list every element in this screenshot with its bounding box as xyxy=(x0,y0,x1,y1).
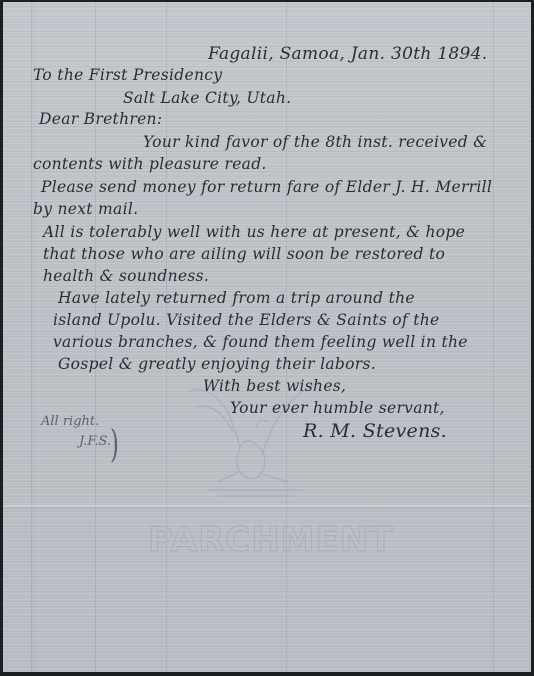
letter-dateline: Fagalii, Samoa, Jan. 30th 1894. xyxy=(208,44,487,64)
body-line: island Upolu. Visited the Elders & Saint… xyxy=(53,311,439,329)
pencil-annotation-initials: J.F.S. xyxy=(79,434,111,449)
paper-crease-line xyxy=(31,2,32,672)
addressee-line-1: To the First Presidency xyxy=(33,66,222,84)
body-line: by next mail. xyxy=(33,200,138,218)
closing-line-2: Your ever humble servant, xyxy=(230,399,445,417)
body-line: Please send money for return fare of Eld… xyxy=(41,178,492,196)
body-line: that those who are ailing will soon be r… xyxy=(43,245,445,263)
addressee-line-2: Salt Lake City, Utah. xyxy=(123,89,291,107)
body-line: health & soundness. xyxy=(43,267,209,285)
parchment-watermark: PARCHMENT xyxy=(148,520,393,560)
closing-line-1: With best wishes, xyxy=(203,377,346,395)
signature: R. M. Stevens. xyxy=(303,420,447,442)
letter-paper: PARCHMENT Fagalii, Samoa, Jan. 30th 1894… xyxy=(3,2,531,672)
body-line: Have lately returned from a trip around … xyxy=(58,289,415,307)
body-line: contents with pleasure read. xyxy=(33,155,267,173)
body-line: All is tolerably well with us here at pr… xyxy=(43,223,465,241)
pencil-annotation-brace: ) xyxy=(110,422,119,466)
body-line: Gospel & greatly enjoying their labors. xyxy=(58,355,376,373)
scan-frame: PARCHMENT Fagalii, Samoa, Jan. 30th 1894… xyxy=(0,0,534,676)
salutation: Dear Brethren: xyxy=(39,110,162,128)
body-line: various branches, & found them feeling w… xyxy=(53,333,468,351)
body-line: Your kind favor of the 8th inst. receive… xyxy=(143,133,487,151)
paper-crease-line xyxy=(493,2,494,672)
pencil-annotation-line-1: All right. xyxy=(41,414,99,429)
